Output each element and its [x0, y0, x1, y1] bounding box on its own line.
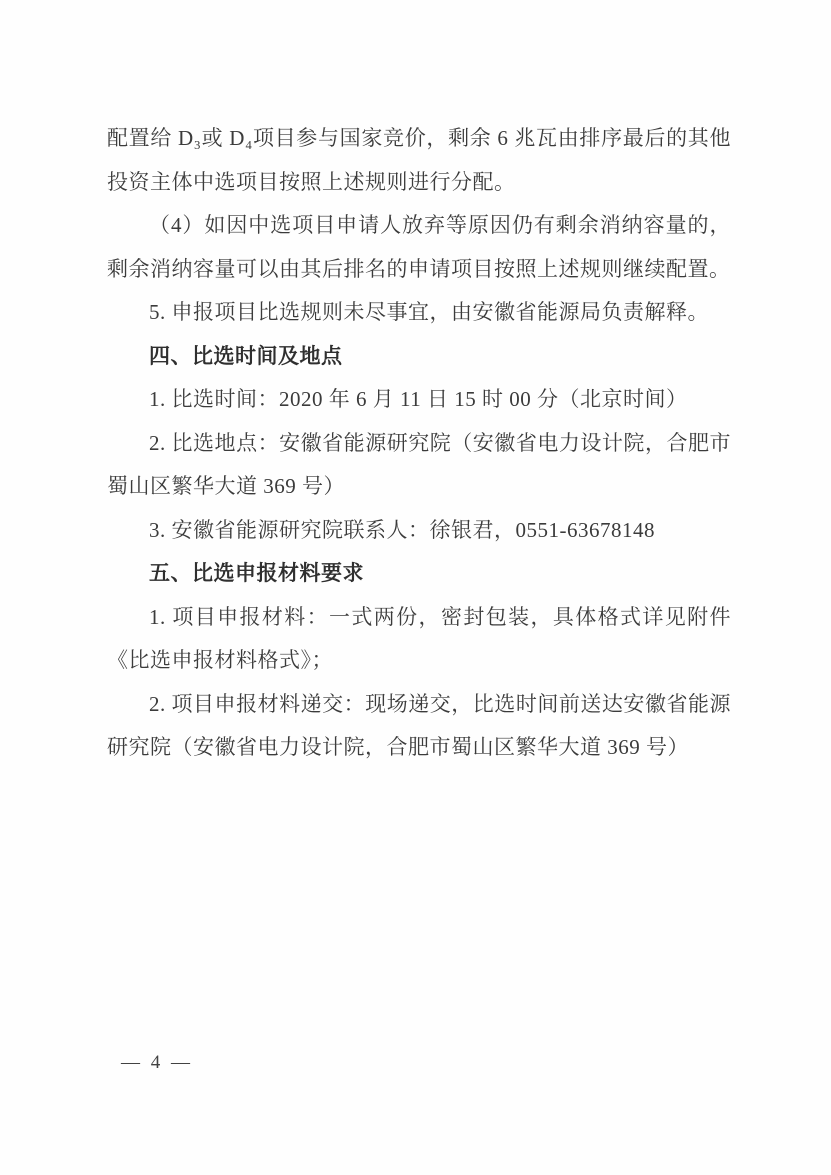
- paragraph-continuation: 配置给 D₃或 D₄项目参与国家竞价，剩余 6 兆瓦由排序最后的其他投资主体中选…: [107, 117, 731, 204]
- paragraph-interpretation: 5. 申报项目比选规则未尽事宜，由安徽省能源局负责解释。: [107, 291, 731, 335]
- document-page: 配置给 D₃或 D₄项目参与国家竞价，剩余 6 兆瓦由排序最后的其他投资主体中选…: [0, 0, 831, 1175]
- paragraph-remaining-capacity: （4）如因中选项目申请人放弃等原因仍有剩余消纳容量的，剩余消纳容量可以由其后排名…: [107, 204, 731, 291]
- document-body: 配置给 D₃或 D₄项目参与国家竞价，剩余 6 兆瓦由排序最后的其他投资主体中选…: [107, 117, 731, 770]
- paragraph-application-materials: 1. 项目申报材料：一式两份，密封包装，具体格式详见附件《比选申报材料格式》；: [107, 596, 731, 683]
- paragraph-contact-person: 3. 安徽省能源研究院联系人：徐银君，0551-63678148: [107, 509, 731, 553]
- paragraph-selection-time: 1. 比选时间：2020 年 6 月 11 日 15 时 00 分（北京时间）: [107, 378, 731, 422]
- section-heading-time-location: 四、比选时间及地点: [107, 335, 731, 379]
- paragraph-selection-location: 2. 比选地点：安徽省能源研究院（安徽省电力设计院，合肥市蜀山区繁华大道 369…: [107, 422, 731, 509]
- page-number: — 4 —: [121, 1041, 193, 1084]
- section-heading-material-requirements: 五、比选申报材料要求: [107, 552, 731, 596]
- paragraph-material-submission: 2. 项目申报材料递交：现场递交，比选时间前送达安徽省能源研究院（安徽省电力设计…: [107, 683, 731, 770]
